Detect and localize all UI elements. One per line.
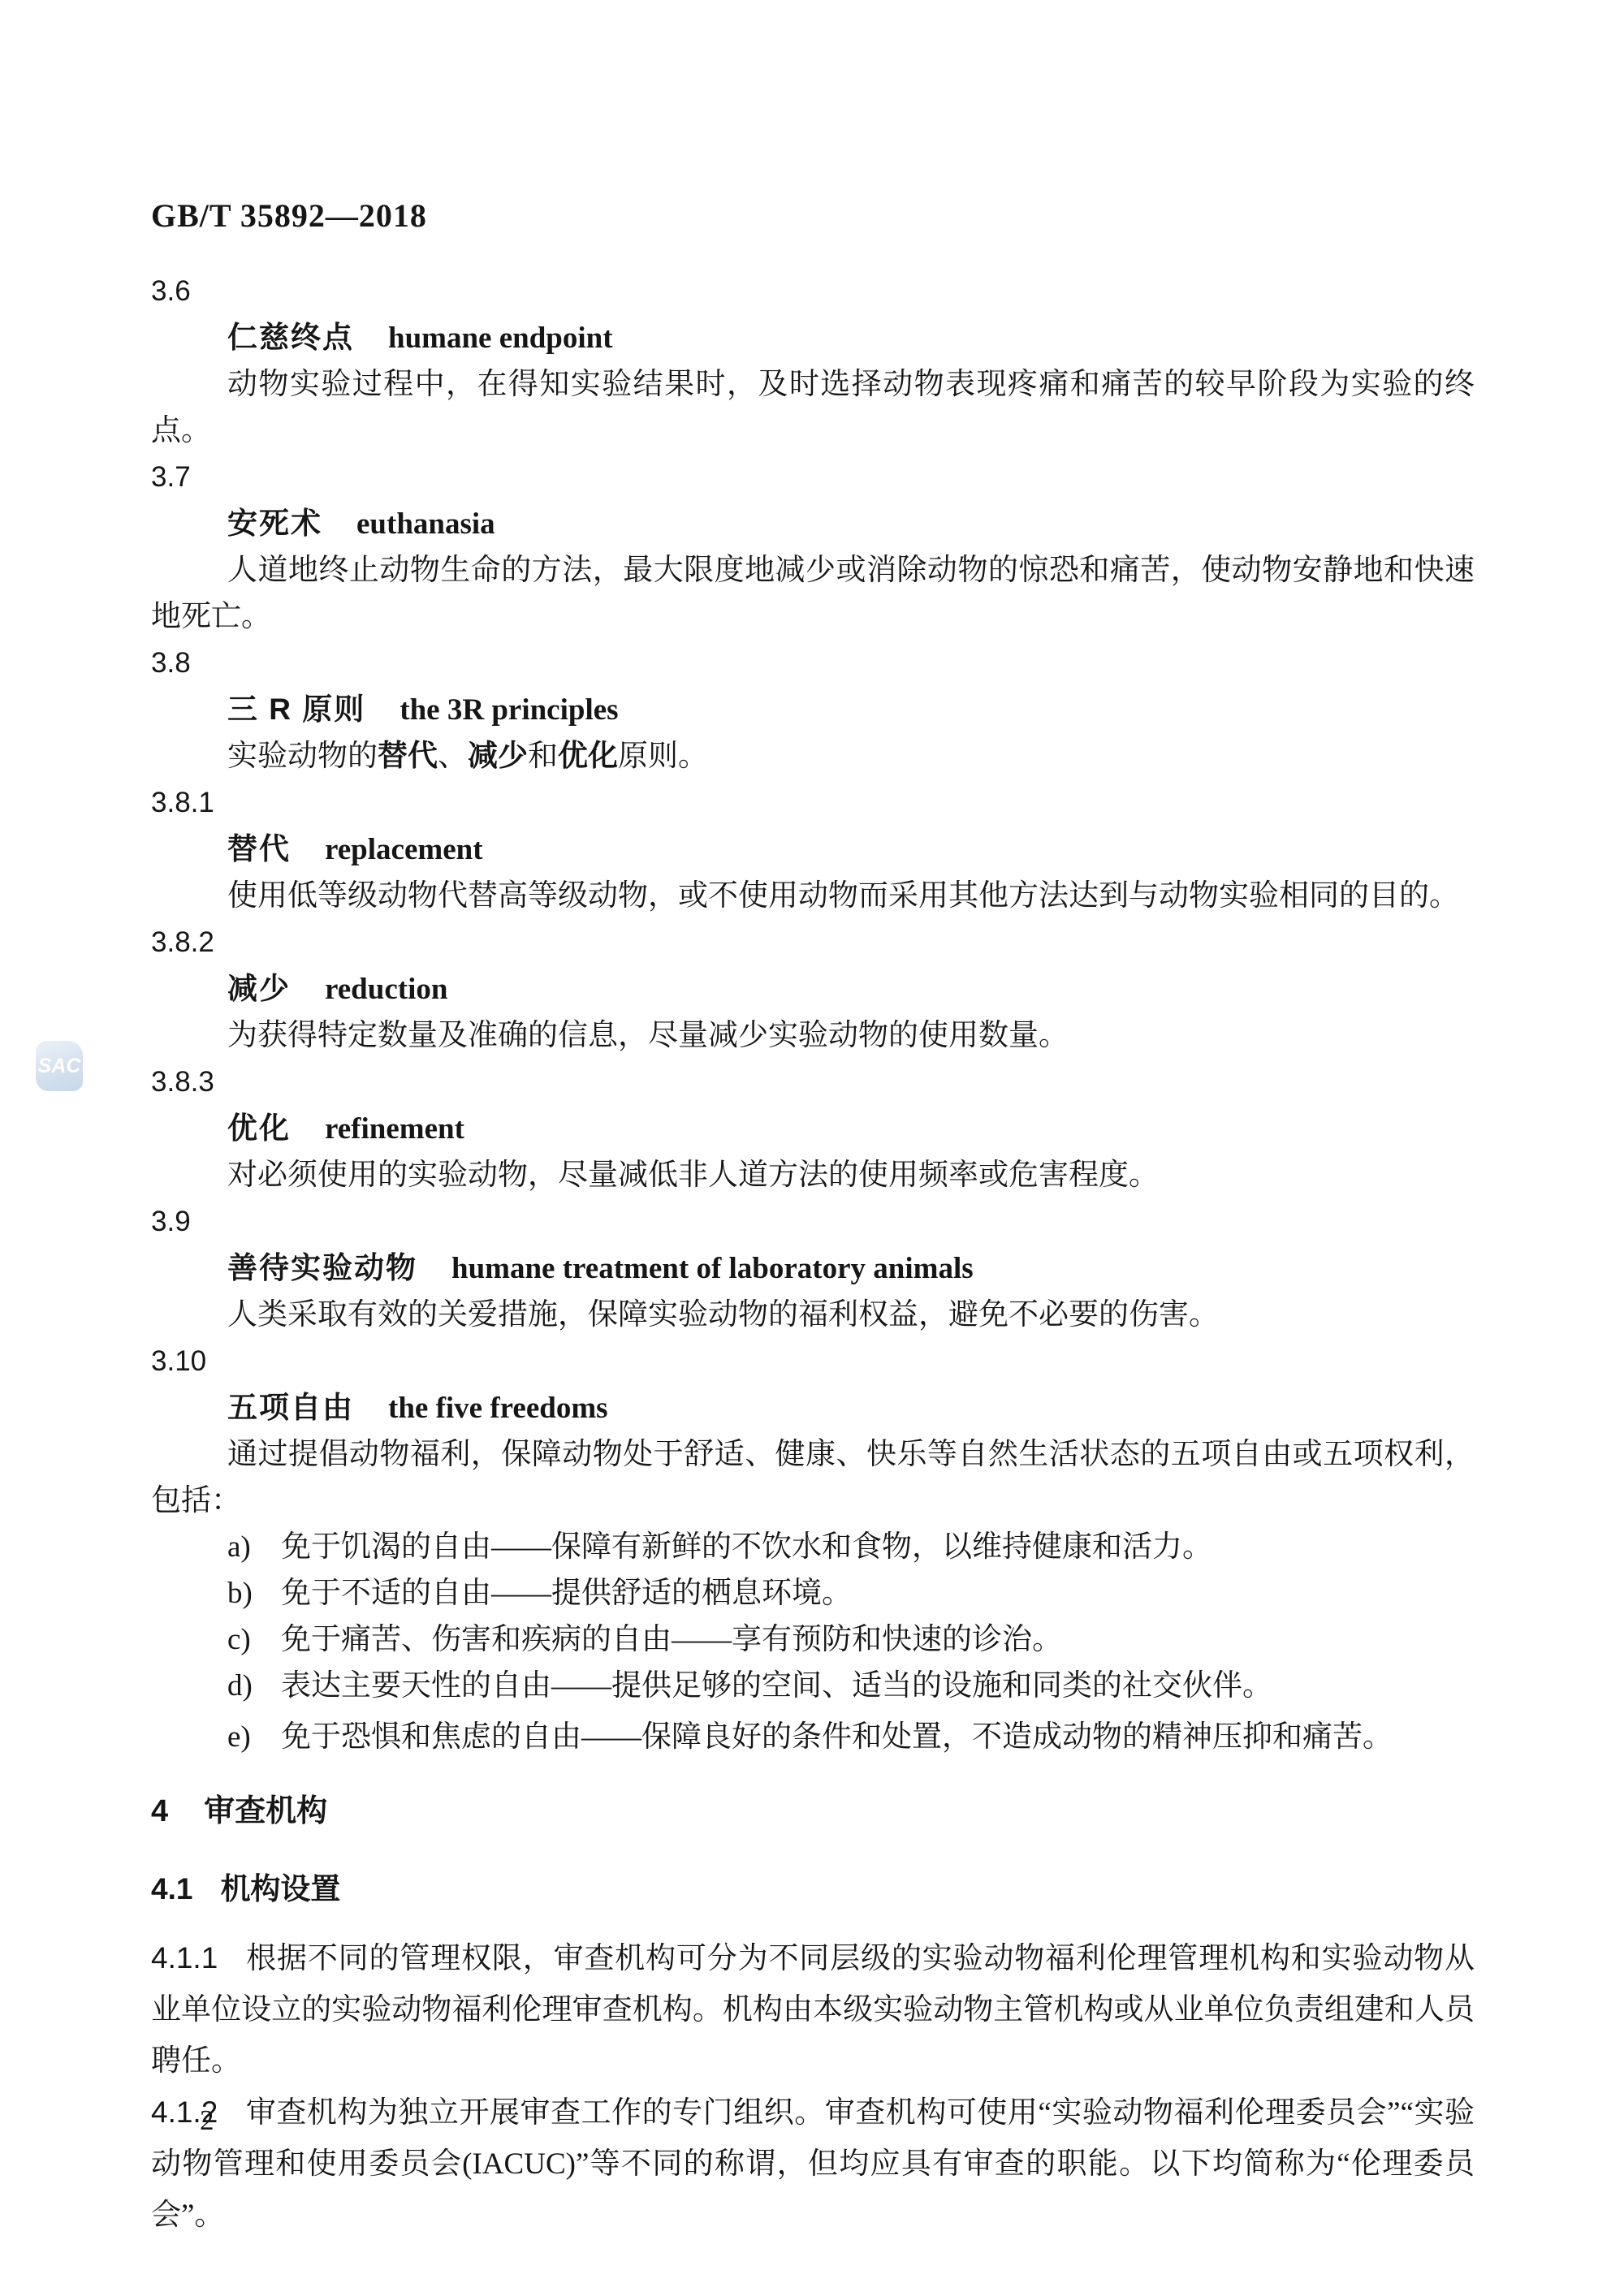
definition-text: 原则。: [618, 740, 708, 773]
list-item: d) 表达主要天性的自由——提供足够的空间、适当的设施和同类的社交伙伴。: [151, 1663, 1475, 1709]
term-definition: 动物实验过程中，在得知实验结果时，及时选择动物表现疼痛和痛苦的较早阶段为实验的终…: [151, 361, 1475, 454]
clause-text: 根据不同的管理权限，审查机构可分为不同层级的实验动物福利伦理管理机构和实验动物从…: [151, 1942, 1475, 2078]
term-en: reduction: [325, 973, 447, 1006]
term-line: 五项自由the five freedoms: [151, 1384, 1475, 1431]
sac-logo: SAC: [36, 1041, 83, 1091]
clause-paragraph: 4.1.1根据不同的管理权限，审查机构可分为不同层级的实验动物福利伦理管理机构和…: [151, 1932, 1475, 2087]
term-zh: 三 R 原则: [227, 693, 365, 726]
term-definition: 人类采取有效的关爱措施，保障实验动物的福利权益，避免不必要的伤害。: [151, 1292, 1475, 1338]
clause-number: 3.8.1: [151, 779, 1475, 826]
term-definition: 为获得特定数量及准确的信息，尽量减少实验动物的使用数量。: [151, 1012, 1475, 1059]
term-zh: 善待实验动物: [227, 1251, 417, 1284]
sac-logo-text: SAC: [38, 1055, 81, 1078]
term-zh: 替代: [227, 832, 291, 865]
clause-number: 4.1.1: [151, 1941, 218, 1974]
list-item-label: c): [227, 1616, 251, 1663]
section-number: 4: [151, 1794, 168, 1828]
list-item-label: b): [227, 1570, 253, 1616]
document-page: GB/T 35892—2018 SAC 3.6 仁慈终点humane endpo…: [0, 0, 1624, 2296]
subsection-heading: 4.1机构设置: [151, 1866, 1475, 1912]
term-definition: 使用低等级动物代替高等级动物，或不使用动物而采用其他方法达到与动物实验相同的目的…: [151, 873, 1475, 919]
term-zh: 减少: [227, 972, 291, 1005]
list-item-text: 免于不适的自由——提供舒适的栖息环境。: [281, 1577, 852, 1610]
list-item-label: d): [227, 1663, 253, 1709]
term-en: replacement: [325, 833, 483, 866]
section-title: 审查机构: [204, 1794, 327, 1828]
term-en: the five freedoms: [388, 1392, 608, 1425]
term-zh: 仁慈终点: [227, 321, 354, 354]
clause-number: 3.9: [151, 1198, 1475, 1245]
subsection-number: 4.1: [151, 1872, 192, 1905]
definition-text: 和: [528, 740, 558, 773]
term-en: euthanasia: [356, 507, 495, 541]
clause-number: 3.8.3: [151, 1059, 1475, 1105]
clause-paragraph: 4.1.2审查机构为独立开展审查工作的专门组织。审查机构可使用“实验动物福利伦理…: [151, 2087, 1475, 2241]
definition-bold-term: 减少: [468, 740, 528, 773]
term-line: 三 R 原则the 3R principles: [151, 686, 1475, 733]
clause-number: 3.7: [151, 454, 1475, 500]
doc-number: GB/T 35892—2018: [151, 196, 427, 235]
term-en: humane treatment of laboratory animals: [451, 1252, 974, 1285]
term-line: 替代replacement: [151, 826, 1475, 873]
list-item: c) 免于痛苦、伤害和疾病的自由——享有预防和快速的诊治。: [151, 1616, 1475, 1663]
list-item-text: 表达主要天性的自由——提供足够的空间、适当的设施和同类的社交伙伴。: [281, 1669, 1272, 1703]
term-zh: 安死术: [227, 507, 322, 540]
list-item-label: e): [227, 1714, 251, 1760]
term-line: 安死术euthanasia: [151, 500, 1475, 547]
definition-text: 实验动物的: [227, 740, 378, 773]
term-line: 仁慈终点humane endpoint: [151, 314, 1475, 361]
term-zh: 五项自由: [227, 1391, 354, 1424]
term-definition: 人道地终止动物生命的方法，最大限度地减少或消除动物的惊恐和痛苦，使动物安静地和快…: [151, 547, 1475, 640]
list-item: b) 免于不适的自由——提供舒适的栖息环境。: [151, 1570, 1475, 1616]
list-item-text: 免于痛苦、伤害和疾病的自由——享有预防和快速的诊治。: [281, 1623, 1062, 1656]
term-en: humane endpoint: [388, 322, 613, 355]
list-item-text: 免于恐惧和焦虑的自由——保障良好的条件和处置，不造成动物的精神压抑和痛苦。: [281, 1720, 1393, 1754]
term-definition: 实验动物的替代、减少和优化原则。: [151, 733, 1475, 779]
subsection-title: 机构设置: [220, 1872, 340, 1905]
list-item-text: 免于饥渴的自由——保障有新鲜的不饮水和食物，以维持健康和活力。: [281, 1530, 1212, 1564]
term-line: 优化refinement: [151, 1105, 1475, 1152]
term-line: 减少reduction: [151, 965, 1475, 1012]
definition-text: 、: [438, 740, 468, 773]
list-item-label: a): [227, 1524, 251, 1570]
term-line: 善待实验动物humane treatment of laboratory ani…: [151, 1245, 1475, 1292]
term-definition: 通过提倡动物福利，保障动物处于舒适、健康、快乐等自然生活状态的五项自由或五项权利…: [151, 1431, 1475, 1524]
term-definition: 对必须使用的实验动物，尽量减低非人道方法的使用频率或危害程度。: [151, 1152, 1475, 1198]
list-item: e) 免于恐惧和焦虑的自由——保障良好的条件和处置，不造成动物的精神压抑和痛苦。: [151, 1714, 1475, 1760]
term-zh: 优化: [227, 1111, 291, 1145]
section-heading: 4审查机构: [151, 1789, 1475, 1835]
definition-bold-term: 替代: [378, 740, 438, 773]
list-item: a) 免于饥渴的自由——保障有新鲜的不饮水和食物，以维持健康和活力。: [151, 1524, 1475, 1570]
clause-number: 3.6: [151, 268, 1475, 314]
definition-bold-term: 优化: [558, 740, 618, 773]
clause-number: 3.10: [151, 1338, 1475, 1384]
clause-number: 3.8.2: [151, 919, 1475, 965]
clause-text: 审查机构为独立开展审查工作的专门组织。审查机构可使用“实验动物福利伦理委员会”“…: [151, 2096, 1475, 2232]
term-en: refinement: [325, 1112, 464, 1146]
clause-number: 3.8: [151, 640, 1475, 686]
page-content: 3.6 仁慈终点humane endpoint 动物实验过程中，在得知实验结果时…: [151, 268, 1475, 2241]
page-number: 2: [200, 2104, 214, 2137]
term-en: the 3R principles: [400, 693, 618, 727]
